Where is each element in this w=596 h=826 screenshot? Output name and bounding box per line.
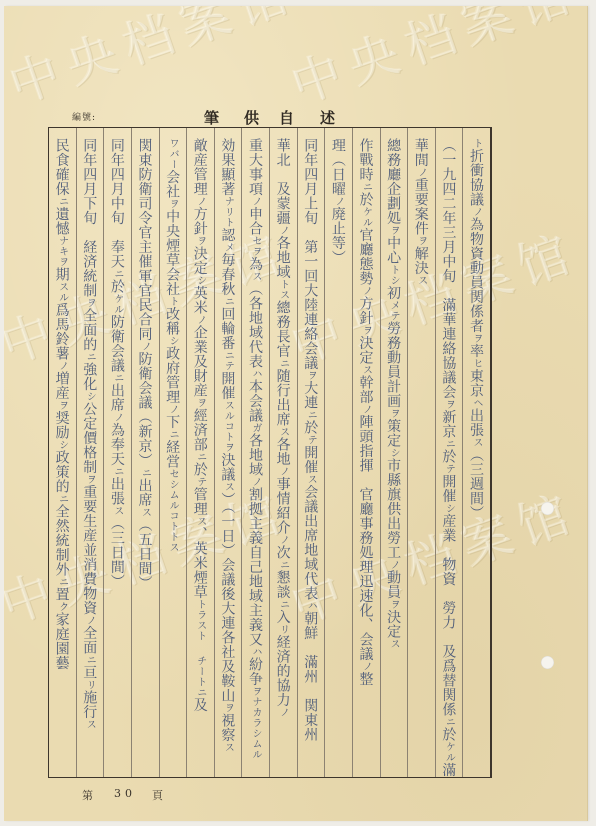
manuscript-page: 中央档案馆 中央档案馆 中央档案馆 中央档案馆 中央档案馆 中央档案馆 編號: …: [4, 6, 587, 821]
page-number: 30: [114, 787, 136, 800]
page-label-suffix: 頁: [152, 787, 163, 803]
page-label-prefix: 第: [82, 787, 93, 803]
ruled-writing-frame: ト折衝協議ノ為物資動員関係者ヲ率ヒ東京ヘ出張ス（三週間） （一九四二年三月中旬 …: [48, 127, 492, 778]
manuscript-column: 重大事項ノ申合セヲ為ス（各地域代表ハ本会議ガ各地域ノ割拠主義自己地域主義又ハ紛争…: [241, 128, 269, 777]
title-char: 筆: [204, 107, 219, 128]
title-char: 自: [279, 107, 294, 128]
document-number-label: 編號:: [72, 110, 96, 123]
manuscript-column: 同年四月中旬 奉天ニ於ケル防衛会議ニ出席ノ為奉天ニ出張ス（三日間）: [103, 128, 131, 777]
manuscript-column: 同年四月下旬 経済統制ヲ全面的ニ強化シ公定價格制ヲ重要生産並消費物資ノ全面ニ亘リ…: [76, 128, 104, 777]
manuscript-column: 華北 及蒙疆ノ各地域トス總務長官ニ随行出席ス各地ノ事情紹介ノ次ニ懇談ニ入リ経済的…: [269, 128, 297, 777]
manuscript-column: ト折衝協議ノ為物資動員関係者ヲ率ヒ東京ヘ出張ス（三週間）: [462, 128, 490, 777]
manuscript-column: （一九四二年三月中旬 滿華連絡協議会ヲ新京ニ於テ開催シ産業 物資 勞力 及爲替関…: [435, 128, 463, 777]
manuscript-column: ワバー会社ヲ中央煙草会社ト改稱シ政府管理ノ下ニ経営セシムルコトトス: [159, 128, 187, 777]
manuscript-column: 民食確保ニ遺憾ナキヲ期スル爲馬鈴薯ノ増産ヲ奨励シ政策的ニ全然統制外ニ置ク家庭園藝: [49, 128, 76, 777]
manuscript-column: 作戰時ニ於ケル官廳態勢ノ方針ヲ決定ス幹部ノ陣頭指揮 官廳事務処理迅速化、会議ノ整: [352, 128, 380, 777]
archive-watermark: 中央档案馆: [281, 6, 587, 118]
manuscript-column: 華間ノ重要案件ヲ解決ス: [407, 128, 435, 777]
manuscript-column: 関東防衛司令官主催軍官民合同ノ防衛会議（新京）ニ出席ス（五日間）: [131, 128, 159, 777]
manuscript-column: 總務廳企劃処ヲ中心トシ初メテ勞務動員計画ヲ策定シ市縣旗供出勞工ノ動員ヲ決定ス: [380, 128, 408, 777]
manuscript-column: 理（日曜ノ廃止等）: [324, 128, 352, 777]
punch-hole: [541, 656, 554, 669]
title-char: 供: [244, 107, 259, 128]
title-char: 述: [320, 107, 335, 128]
archive-watermark: 中央档案馆: [4, 6, 306, 118]
manuscript-column: 同年四月上旬 第一回大陸連絡会議ヲ大連ニ於テ開催ス会議出席地域代表ハ朝鮮 滿州 …: [297, 128, 325, 777]
manuscript-column: 効果顯著ナリト認メ毎春秋ニ回輪番ニテ開催スルコトヲ決議ス）（一日）会議後大連各社…: [214, 128, 242, 777]
punch-hole: [541, 502, 554, 515]
manuscript-column: 敵産管理ノ方針ヲ決定シ英米ノ企業及財産ヲ經済部ニ於テ管理ス、英米煙草トラスト チ…: [186, 128, 214, 777]
